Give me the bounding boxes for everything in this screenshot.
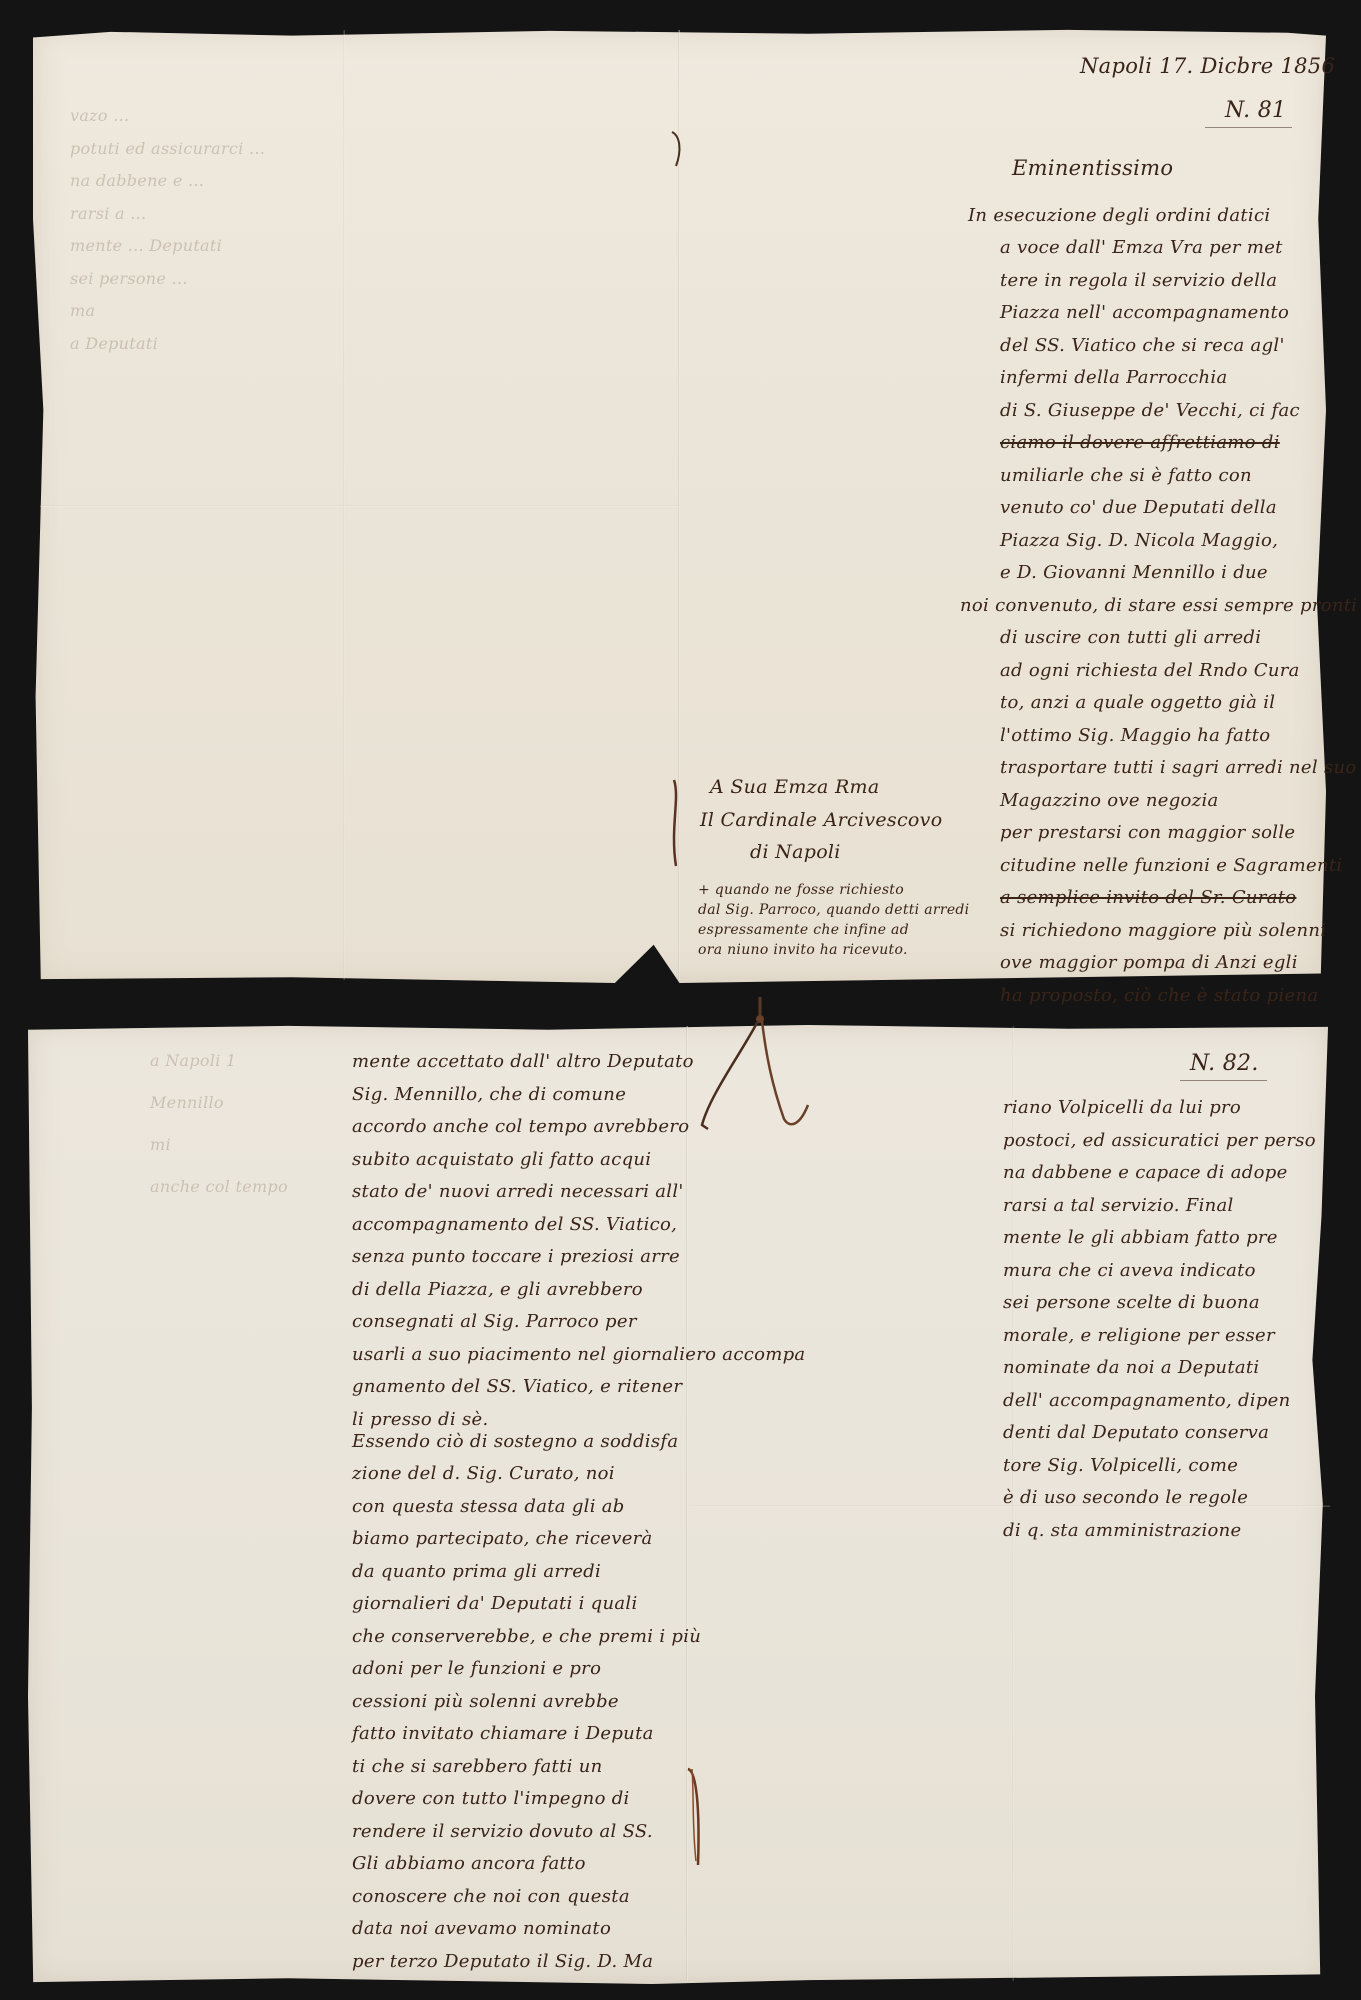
- fold-crease-horizontal-top: [40, 505, 680, 507]
- footnote: + quando ne fosse richiesto dal Sig. Par…: [698, 880, 969, 960]
- letter-body-continued-2: di uscire con tutti gli arredi ad ogni r…: [1000, 622, 1361, 1012]
- binding-thread-icon: [680, 1765, 710, 1875]
- letter-body-page-3: mente accettato dall' altro Deputato Sig…: [352, 1046, 805, 1978]
- letter-body-continued: noi convenuto, di stare essi sempre pron…: [960, 590, 1357, 623]
- address-block: A Sua Emza Rma Il Cardinale Arcivescovo …: [700, 770, 942, 868]
- letter-body-first-line: In esecuzione degli ordini datici: [968, 200, 1270, 233]
- bleedthrough-text-bottom-left: a Napoli 1 Mennillo mi anche col tempo: [150, 1040, 288, 1208]
- binding-thread-icon: [668, 130, 688, 170]
- binding-thread-icon: [664, 778, 688, 868]
- bleedthrough-text-top-left: vazo ... potuti ed assicurarci ... na da…: [70, 100, 265, 360]
- salutation: Eminentissimo: [1012, 152, 1173, 184]
- page-number-82: N. 82.: [1180, 1048, 1267, 1081]
- letter-body-page-4: riano Volpicelli da lui pro postoci, ed …: [1003, 1092, 1316, 1547]
- letter-body: a voce dall' Emza Vra per met tere in re…: [1000, 232, 1300, 590]
- binding-thread-icon: [680, 995, 820, 1145]
- letter-date: Napoli 17. Dicbre 1856: [1080, 50, 1335, 82]
- letter-number: N. 81: [1205, 95, 1292, 128]
